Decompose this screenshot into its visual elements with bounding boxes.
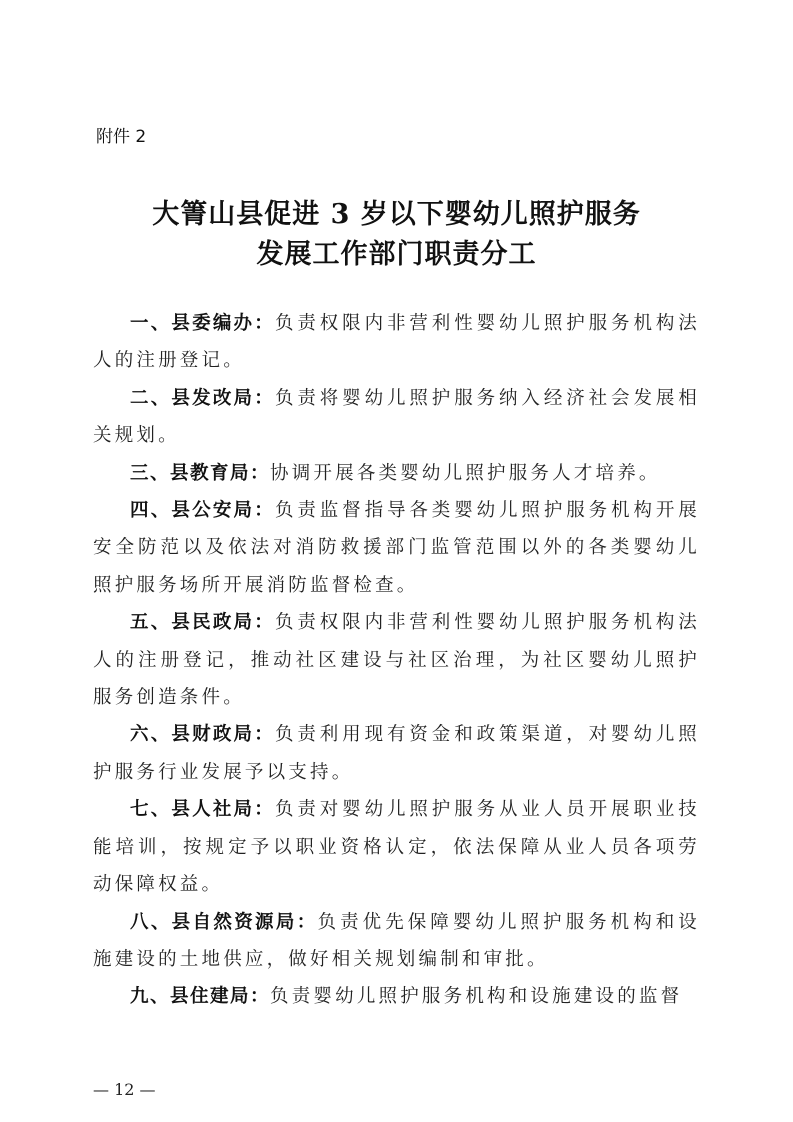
department-name: 六、县财政局： <box>130 724 275 745</box>
duty-item: 三、县教育局：协调开展各类婴幼儿照护服务人才培养。 <box>93 455 700 492</box>
document-title-line-2: 发展工作部门职责分工 <box>0 232 793 271</box>
duty-text: 协调开展各类婴幼儿照护服务人才培养。 <box>270 463 661 484</box>
department-name: 三、县教育局： <box>130 463 270 484</box>
document-body: 一、县委编办：负责权限内非营利性婴幼儿照护服务机构法人的注册登记。 二、县发改局… <box>93 305 700 1016</box>
document-title-line-1: 大箐山县促进 3 岁以下婴幼儿照护服务 <box>0 192 793 231</box>
duty-text: 负责婴幼儿照护服务机构和设施建设的监督 <box>270 986 682 1007</box>
department-name: 四、县公安局： <box>130 500 275 521</box>
duty-item: 一、县委编办：负责权限内非营利性婴幼儿照护服务机构法人的注册登记。 <box>93 305 700 380</box>
department-name: 九、县住建局： <box>130 986 270 1007</box>
page-number: — 12 — <box>93 1080 156 1099</box>
duty-item: 四、县公安局：负责监督指导各类婴幼儿照护服务机构开展安全防范以及依法对消防救援部… <box>93 492 700 604</box>
duty-item: 五、县民政局：负责权限内非营利性婴幼儿照护服务机构法人的注册登记，推动社区建设与… <box>93 604 700 716</box>
duty-item: 六、县财政局：负责利用现有资金和政策渠道，对婴幼儿照护服务行业发展予以支持。 <box>93 716 700 791</box>
department-name: 八、县自然资源局： <box>130 912 318 933</box>
duty-item: 八、县自然资源局：负责优先保障婴幼儿照护服务机构和设施建设的土地供应，做好相关规… <box>93 904 700 979</box>
duty-item: 二、县发改局：负责将婴幼儿照护服务纳入经济社会发展相关规划。 <box>93 380 700 455</box>
duty-item: 九、县住建局：负责婴幼儿照护服务机构和设施建设的监督 <box>93 978 700 1015</box>
duty-item: 七、县人社局：负责对婴幼儿照护服务从业人员开展职业技能培训，按规定予以职业资格认… <box>93 791 700 903</box>
attachment-label: 附件 2 <box>96 122 146 147</box>
department-name: 一、县委编办： <box>130 313 275 334</box>
department-name: 七、县人社局： <box>130 799 275 820</box>
department-name: 二、县发改局： <box>130 388 275 409</box>
department-name: 五、县民政局： <box>130 612 275 633</box>
